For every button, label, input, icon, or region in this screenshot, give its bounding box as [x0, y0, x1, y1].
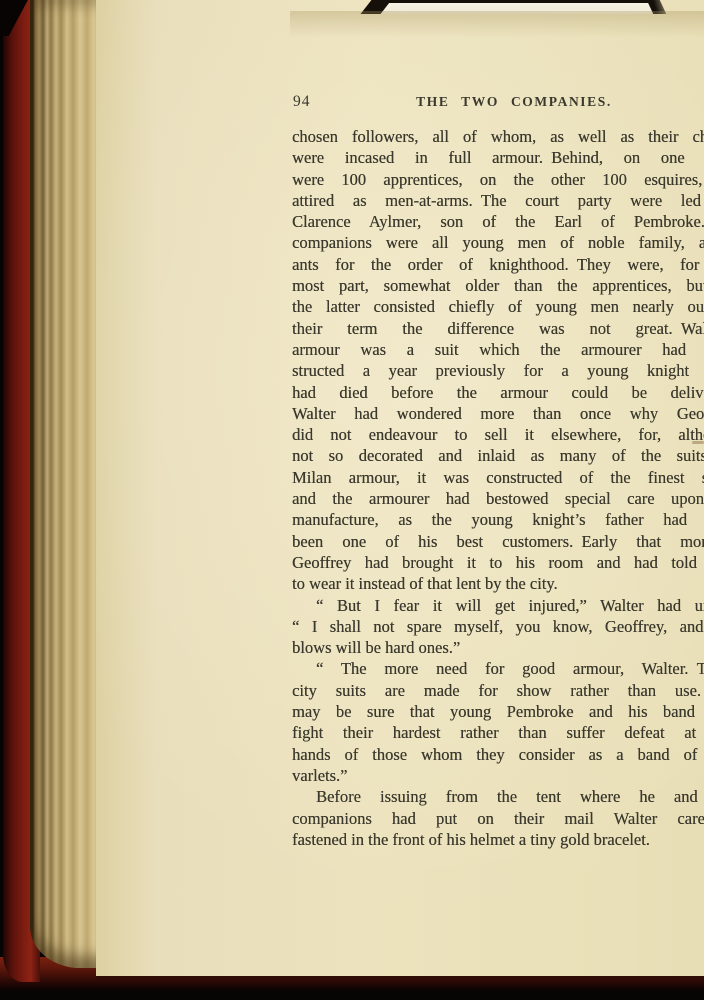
text-line: ants for the order of knighthood. They w… [292, 254, 704, 275]
text-line: Geoffrey had brought it to his room and … [292, 552, 704, 573]
text-line: and the armourer had bestowed special ca… [292, 488, 704, 509]
text-line: Milan armour, it was constructed of the … [292, 467, 704, 488]
text-line: Before issuing from the tent where he an… [292, 786, 704, 807]
running-header: THE TWO COMPANIES. [292, 93, 704, 110]
text-line: were incased in full armour. Behind, on … [292, 147, 704, 168]
page-top-shading [290, 11, 704, 38]
text-line: not so decorated and inlaid as many of t… [292, 445, 704, 466]
text-line: “ But I fear it will get injured,” Walte… [292, 595, 704, 616]
page-stack-edges [30, 0, 106, 968]
text-line: been one of his best customers. Early th… [292, 531, 704, 552]
page-header: 94 THE TWO COMPANIES. [292, 93, 704, 111]
text-line: to wear it instead of that lent by the c… [292, 573, 704, 594]
book-scan-photo: 94 THE TWO COMPANIES. chosen followers, … [0, 0, 704, 1000]
paragraph: chosen followers, all of whom, as well a… [292, 126, 704, 595]
text-line: “ I shall not spare myself, you know, Ge… [292, 616, 704, 637]
text-line: may be sure that young Pembroke and his … [292, 701, 704, 722]
text-line: had died before the armour could be deli… [292, 382, 704, 403]
text-line: companions were all young men of noble f… [292, 232, 704, 253]
page-number: 94 [293, 93, 311, 111]
text-line: blows will be hard ones.” [292, 637, 704, 658]
text-line: were 100 apprentices, on the other 100 e… [292, 169, 704, 190]
text-line: structed a year previously for a young k… [292, 360, 704, 381]
text-line: did not endeavour to sell it elsewhere, … [292, 424, 704, 445]
text-line: fight their hardest rather than suffer d… [292, 722, 704, 743]
text-line: companions had put on their mail Walter … [292, 808, 704, 829]
text-line: chosen followers, all of whom, as well a… [292, 126, 704, 147]
text-line: Clarence Aylmer, son of the Earl of Pemb… [292, 211, 704, 232]
paragraph: “ But I fear it will get injured,” Walte… [292, 595, 704, 659]
text-line: attired as men-at-arms. The court party … [292, 190, 704, 211]
text-line: most part, somewhat older than the appre… [292, 275, 704, 296]
text-line: manufacture, as the young knight’s fathe… [292, 509, 704, 530]
text-line: armour was a suit which the armourer had… [292, 339, 704, 360]
text-line: the latter consisted chiefly of young me… [292, 296, 704, 317]
text-line: city suits are made for show rather than… [292, 680, 704, 701]
book-page: 94 THE TWO COMPANIES. chosen followers, … [96, 0, 704, 976]
text-block: chosen followers, all of whom, as well a… [292, 126, 704, 850]
paragraph: “ The more need for good armour, Walter.… [292, 658, 704, 786]
text-line: fastened in the front of his helmet a ti… [292, 829, 704, 850]
text-line: their term the difference was not great.… [292, 318, 704, 339]
text-line: “ The more need for good armour, Walter.… [292, 658, 704, 679]
paragraph: Before issuing from the tent where he an… [292, 786, 704, 850]
text-line: hands of those whom they consider as a b… [292, 744, 704, 765]
paper-blemish [692, 441, 704, 444]
text-line: varlets.” [292, 765, 704, 786]
text-line: Walter had wondered more than once why G… [292, 403, 704, 424]
